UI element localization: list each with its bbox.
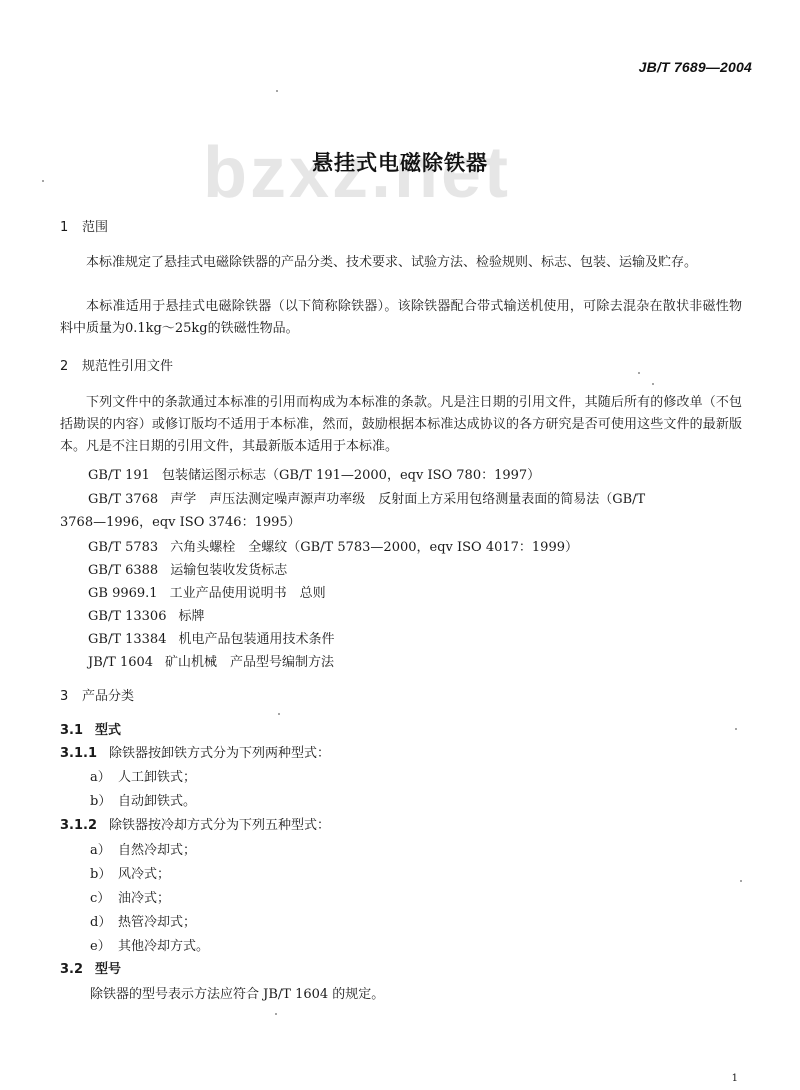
list-text: 人工卸铁式； <box>118 770 196 785</box>
section-title: 范围 <box>82 220 108 235</box>
list-marker: a） <box>90 770 118 786</box>
list-text: 热管冷却式； <box>118 915 196 930</box>
clause-text: 除铁器按卸铁方式分为下列两种型式： <box>109 746 330 761</box>
page-number: 1 <box>732 1073 738 1084</box>
reference-item: GB/T 6388运输包装收发货标志 <box>88 563 287 579</box>
reference-title: 包装储运图示标志（GB/T 191—2000，eqv ISO 780：1997） <box>162 468 540 483</box>
scan-speck <box>652 383 654 385</box>
section-1-heading: 1范围 <box>60 220 108 236</box>
reference-code: GB/T 6388 <box>88 563 158 579</box>
reference-item: GB/T 13384机电产品包装通用技术条件 <box>88 632 335 648</box>
scan-speck <box>275 1013 277 1015</box>
reference-continuation: 3768—1996，eqv ISO 3746：1995） <box>60 515 301 531</box>
scan-speck <box>740 880 742 882</box>
section-number: 3 <box>60 689 82 705</box>
list-item: b）风冷式； <box>90 867 170 883</box>
list-marker: b） <box>90 794 118 810</box>
reference-title: 工业产品使用说明书 总则 <box>170 586 326 601</box>
clause-number: 3.1.2 <box>60 818 97 834</box>
section-2-heading: 2规范性引用文件 <box>60 359 173 375</box>
section-title: 产品分类 <box>82 689 134 704</box>
reference-code: JB/T 1604 <box>88 655 153 671</box>
reference-title: 标牌 <box>178 609 204 624</box>
list-text: 风冷式； <box>118 867 170 882</box>
document-title: 悬挂式电磁除铁器 <box>0 147 800 177</box>
reference-code: GB/T 13306 <box>88 609 166 625</box>
reference-title: 矿山机械 产品型号编制方法 <box>165 655 334 670</box>
reference-item: JB/T 1604矿山机械 产品型号编制方法 <box>88 655 334 671</box>
list-text: 其他冷却方式。 <box>118 939 209 954</box>
reference-code: GB/T 3768 <box>88 492 158 508</box>
list-text: 油冷式； <box>118 891 170 906</box>
list-item: b）自动卸铁式。 <box>90 794 196 810</box>
clause-text: 除铁器按冷却方式分为下列五种型式： <box>109 818 330 833</box>
scan-speck <box>276 90 278 92</box>
list-text: 自动卸铁式。 <box>118 794 196 809</box>
list-item: d）热管冷却式； <box>90 915 196 931</box>
reference-code: GB 9969.1 <box>88 586 158 602</box>
clause-number: 3.1.1 <box>60 746 97 762</box>
subsection-title: 型号 <box>95 962 121 977</box>
list-marker: b） <box>90 867 118 883</box>
subsection-3-2-text: 除铁器的型号表示方法应符合 JB/T 1604 的规定。 <box>90 987 384 1003</box>
reference-item: GB/T 3768声学 声压法测定噪声源声功率级 反射面上方采用包络测量表面的简… <box>88 492 645 508</box>
list-marker: e） <box>90 939 118 955</box>
reference-title: 机电产品包装通用技术条件 <box>178 632 334 647</box>
section-number: 1 <box>60 220 82 236</box>
list-marker: c） <box>90 891 118 907</box>
list-marker: d） <box>90 915 118 931</box>
reference-item: GB/T 5783六角头螺栓 全螺纹（GB/T 5783—2000，eqv IS… <box>88 540 578 556</box>
section-3-heading: 3产品分类 <box>60 689 134 705</box>
reference-item: GB 9969.1工业产品使用说明书 总则 <box>88 586 326 602</box>
reference-item: GB/T 191包装储运图示标志（GB/T 191—2000，eqv ISO 7… <box>88 468 540 484</box>
reference-title: 运输包装收发货标志 <box>170 563 287 578</box>
subsection-title: 型式 <box>95 723 121 738</box>
reference-code: GB/T 5783 <box>88 540 158 556</box>
clause-3-1-2: 3.1.2除铁器按冷却方式分为下列五种型式： <box>60 818 330 834</box>
list-marker: a） <box>90 843 118 859</box>
reference-code: GB/T 191 <box>88 468 150 484</box>
reference-item: GB/T 13306标牌 <box>88 609 205 625</box>
list-item: e）其他冷却方式。 <box>90 939 209 955</box>
section-2-intro: 下列文件中的条款通过本标准的引用而构成为本标准的条款。凡是注日期的引用文件，其随… <box>60 392 742 458</box>
subsection-3-1-heading: 3.1型式 <box>60 723 121 739</box>
list-item: a）人工卸铁式； <box>90 770 196 786</box>
reference-title: 声学 声压法测定噪声源声功率级 反射面上方采用包络测量表面的简易法（GB/T <box>170 492 645 507</box>
list-item: c）油冷式； <box>90 891 170 907</box>
scan-speck <box>278 713 280 715</box>
subsection-number: 3.1 <box>60 723 83 739</box>
reference-code: GB/T 13384 <box>88 632 166 648</box>
subsection-3-2-heading: 3.2型号 <box>60 962 121 978</box>
section-1-paragraph-2: 本标准适用于悬挂式电磁除铁器（以下简称除铁器）。该除铁器配合带式输送机使用，可除… <box>60 296 742 340</box>
reference-title: 六角头螺栓 全螺纹（GB/T 5783—2000，eqv ISO 4017：19… <box>170 540 578 555</box>
scan-speck <box>42 180 44 182</box>
list-item: a）自然冷却式； <box>90 843 196 859</box>
section-title: 规范性引用文件 <box>82 359 173 374</box>
section-1-paragraph-1: 本标准规定了悬挂式电磁除铁器的产品分类、技术要求、试验方法、检验规则、标志、包装… <box>60 252 742 274</box>
standard-number: JB/T 7689—2004 <box>639 59 752 75</box>
clause-3-1-1: 3.1.1除铁器按卸铁方式分为下列两种型式： <box>60 746 330 762</box>
section-number: 2 <box>60 359 82 375</box>
scan-speck <box>638 372 640 374</box>
subsection-number: 3.2 <box>60 962 83 978</box>
scan-speck <box>735 728 737 730</box>
list-text: 自然冷却式； <box>118 843 196 858</box>
